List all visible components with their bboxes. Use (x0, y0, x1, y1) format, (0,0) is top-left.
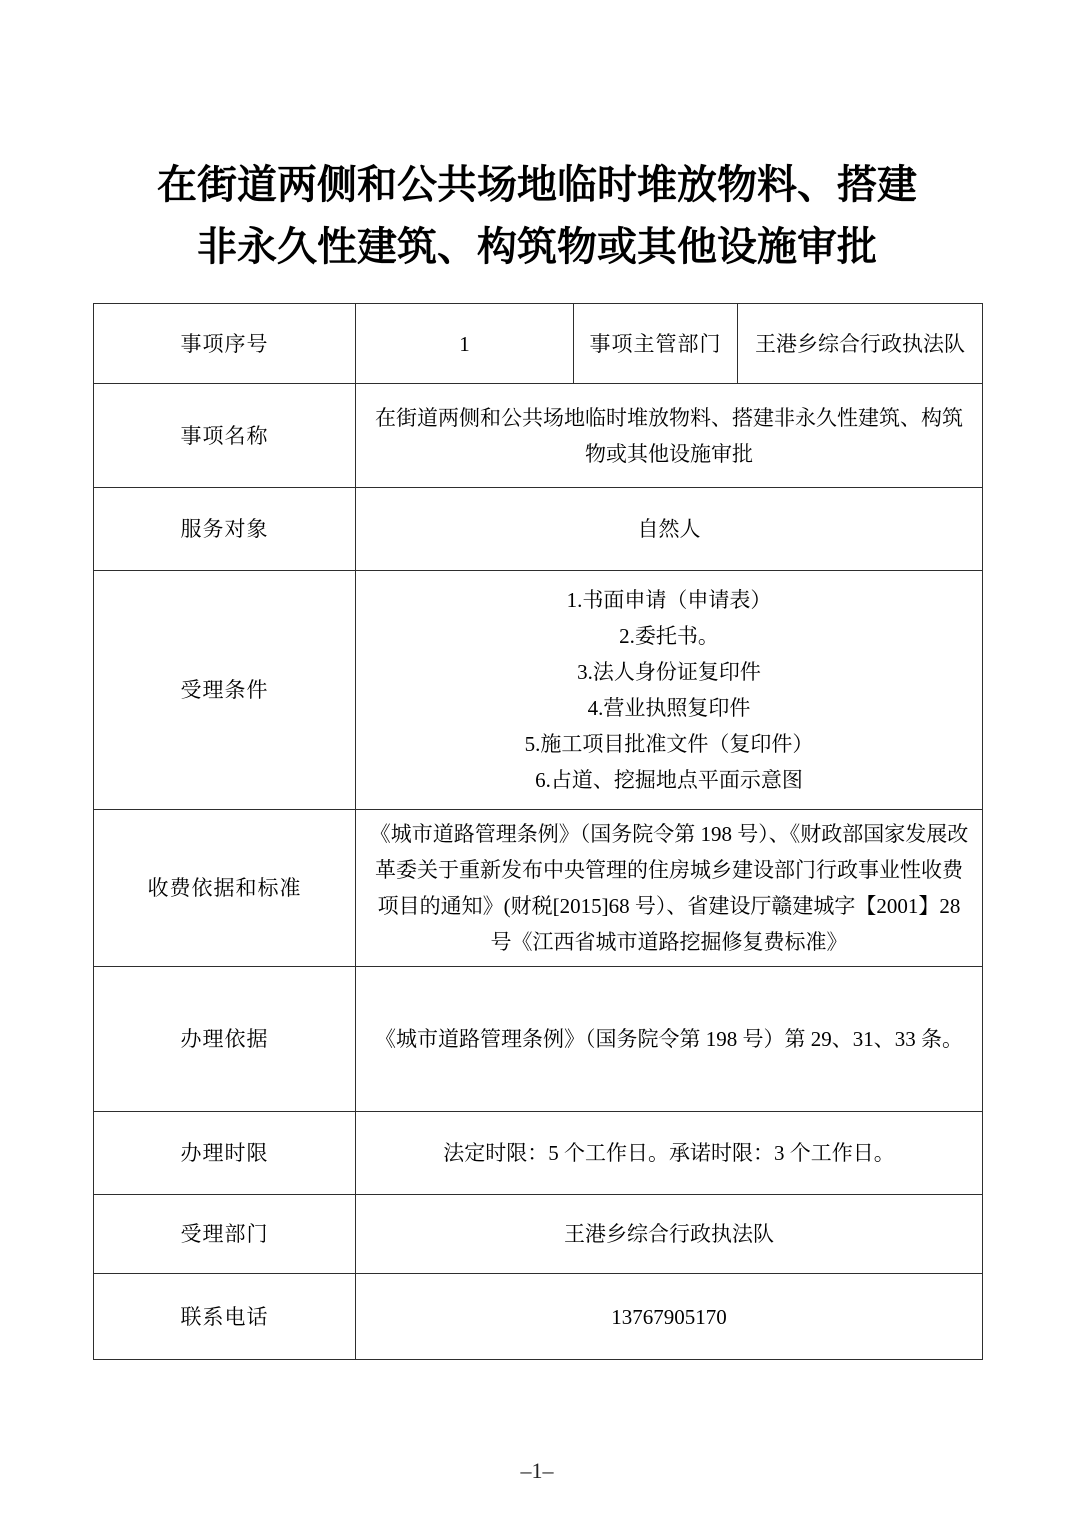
contact-phone-value: 13767905170 (356, 1274, 983, 1360)
serial-number-label: 事项序号 (94, 304, 356, 384)
table-row-service-target: 服务对象 自然人 (94, 488, 983, 571)
acceptance-conditions-label: 受理条件 (94, 571, 356, 810)
accepting-dept-value: 王港乡综合行政执法队 (356, 1195, 983, 1274)
serial-number-value: 1 (356, 304, 574, 384)
contact-phone-label: 联系电话 (94, 1274, 356, 1360)
table-row-acceptance-conditions: 受理条件 1.书面申请（申请表） 2.委托书。 3.法人身份证复印件 4.营业执… (94, 571, 983, 810)
accepting-dept-label: 受理部门 (94, 1195, 356, 1274)
title-line-2: 非永久性建筑、构筑物或其他设施审批 (0, 216, 1074, 278)
table-row-item-name: 事项名称 在街道两侧和公共场地临时堆放物料、搭建非永久性建筑、构筑物或其他设施审… (94, 384, 983, 488)
time-limit-label: 办理时限 (94, 1112, 356, 1195)
table-row-handling-basis: 办理依据 《城市道路管理条例》（国务院令第 198 号）第 29、31、33 条… (94, 967, 983, 1112)
item-name-value: 在街道两侧和公共场地临时堆放物料、搭建非永久性建筑、构筑物或其他设施审批 (356, 384, 983, 488)
table-row-accepting-dept: 受理部门 王港乡综合行政执法队 (94, 1195, 983, 1274)
item-name-label: 事项名称 (94, 384, 356, 488)
table-row-contact-phone: 联系电话 13767905170 (94, 1274, 983, 1360)
title-line-1: 在街道两侧和公共场地临时堆放物料、搭建 (0, 154, 1074, 216)
document-title: 在街道两侧和公共场地临时堆放物料、搭建 非永久性建筑、构筑物或其他设施审批 (0, 154, 1074, 278)
supervising-dept-value: 王港乡综合行政执法队 (738, 304, 983, 384)
time-limit-value: 法定时限：5 个工作日。承诺时限：3 个工作日。 (356, 1112, 983, 1195)
supervising-dept-label: 事项主管部门 (574, 304, 738, 384)
service-target-label: 服务对象 (94, 488, 356, 571)
service-target-value: 自然人 (356, 488, 983, 571)
document-page: 在街道两侧和公共场地临时堆放物料、搭建 非永久性建筑、构筑物或其他设施审批 事项… (0, 0, 1074, 1520)
page-number: –1– (0, 1458, 1074, 1484)
table-row-time-limit: 办理时限 法定时限：5 个工作日。承诺时限：3 个工作日。 (94, 1112, 983, 1195)
handling-basis-value: 《城市道路管理条例》（国务院令第 198 号）第 29、31、33 条。 (356, 967, 983, 1112)
info-table: 事项序号 1 事项主管部门 王港乡综合行政执法队 事项名称 在街道两侧和公共场地… (93, 303, 983, 1360)
acceptance-conditions-value: 1.书面申请（申请表） 2.委托书。 3.法人身份证复印件 4.营业执照复印件 … (356, 571, 983, 810)
fee-basis-value: 《城市道路管理条例》（国务院令第 198 号）、《财政部国家发展改革委关于重新发… (356, 810, 983, 967)
table-row-fee-basis: 收费依据和标准 《城市道路管理条例》（国务院令第 198 号）、《财政部国家发展… (94, 810, 983, 967)
handling-basis-label: 办理依据 (94, 967, 356, 1112)
fee-basis-label: 收费依据和标准 (94, 810, 356, 967)
table-row-serial-dept: 事项序号 1 事项主管部门 王港乡综合行政执法队 (94, 304, 983, 384)
